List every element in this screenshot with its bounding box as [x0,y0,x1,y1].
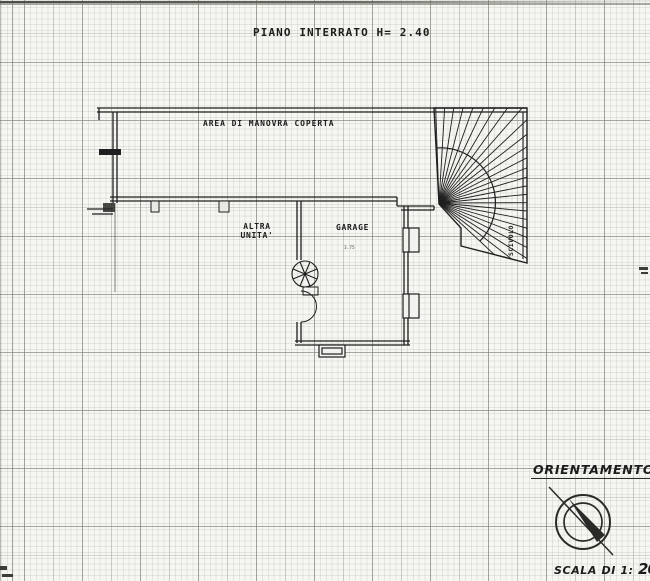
label-garage: GARAGE [336,223,369,232]
window-boxes [403,228,419,318]
drawing-title: PIANO INTERRATO H= 2.40 [253,26,431,39]
scale-value: 200 [638,560,650,578]
label-covered-maneuver-area: AREA DI MANOVRA COPERTA [203,119,334,128]
north-arrow [569,499,605,542]
wall-stub-black [99,149,121,155]
ramp-tread-line [439,203,631,258]
wall-garage-right [404,206,408,345]
label-other-unit: ALTRA UNITA' [229,222,285,241]
wall-mid [110,197,397,201]
ramp-tread-line [439,80,597,203]
compass [549,487,613,555]
ramp-tread-line [439,9,488,203]
floor-plan-sheet: PIANO INTERRATO H= 2.40 AREA DI MANOVRA … [0,0,650,581]
ramp-tread-line [439,53,571,203]
wall-garage-bottom [295,341,410,345]
bottom-pillar-inner [322,348,342,354]
label-other-unit-line2: UNITA' [229,231,285,240]
ramp-tread-line [439,203,625,276]
compass-needle-line [549,487,613,555]
wall-partition-lower [297,322,301,343]
bottom-pillar [319,345,345,357]
ramp-tread-line [439,66,584,203]
label-scale: SCALA DI 1: 200 [554,560,650,578]
window-box [403,228,419,252]
walls [87,108,527,345]
spiral-stair-spokes [293,262,317,286]
ramp-tread-line [439,15,506,203]
label-ramp: SCIVOLO [507,225,515,256]
wall-step-to-ramp [397,197,434,210]
plan-linework [0,0,650,581]
wall-partition-upper [297,201,301,260]
ramp-tread-line [432,3,439,203]
wall-pier-dark [103,203,115,212]
label-garage-dimension: 3.75 [344,245,355,250]
ramp-tread-line [439,41,556,203]
ramp-tread-line [439,203,618,293]
ramp-tread-line [439,129,625,203]
ramp-fan [432,3,639,339]
ramp-tread-line [439,202,639,203]
wall-left-upper [113,112,117,203]
ramp-tread-line [439,203,585,339]
door-swing-arc [301,291,316,322]
label-other-unit-line1: ALTRA [229,222,285,231]
pillar-stub [219,201,229,212]
ramp-tread-line [439,203,597,325]
label-orientation: ORIENTAMENTO [531,462,650,479]
ramp [432,3,639,339]
ramp-tread-line [439,3,451,203]
spiral-stair [292,261,318,322]
ramp-fan-lines [432,3,639,339]
wall-details [99,149,419,357]
window-box [403,294,419,318]
scale-text: SCALA DI 1: [554,564,634,577]
pillar-stub [151,201,159,212]
ramp-tread-line [439,183,638,203]
